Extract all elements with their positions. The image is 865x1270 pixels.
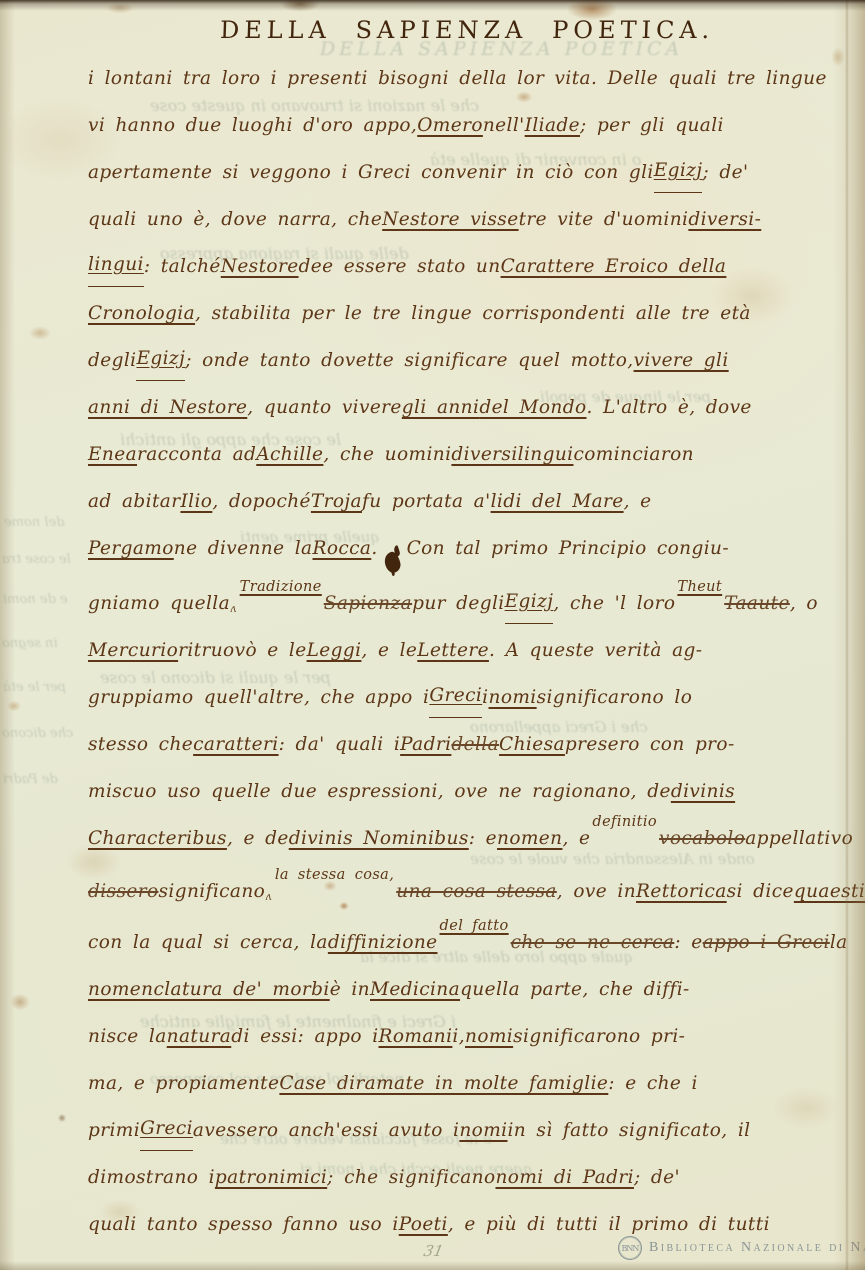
text-segment: Lettere [417, 631, 489, 671]
text-segment: Greci [429, 676, 482, 718]
manuscript-line-13: Mercurio ritruovò e le Leggi, e le Lette… [88, 624, 851, 671]
text-segment: appo i Greci [703, 923, 830, 963]
text-segment: ; che significano [327, 1158, 495, 1198]
text-segment: Egizj [505, 582, 554, 624]
text-segment: nomi [459, 1111, 507, 1151]
text-segment: pur degli [412, 584, 505, 624]
text-segment: ʌ [230, 589, 237, 629]
manuscript-line-7: degli Egizj; onde tanto dovette signific… [88, 334, 851, 381]
text-segment: Case diramate in molte famiglie [279, 1064, 608, 1104]
text-segment: Egizj [136, 339, 185, 381]
text-segment: Egizj [654, 151, 703, 193]
text-segment: vi hanno due luoghi d'oro appo, [88, 106, 417, 146]
text-segment: quaestio nominis [794, 872, 865, 912]
text-segment: quali uno è, dove narra, che [88, 200, 382, 240]
text-segment: , quanto vivere [247, 388, 401, 428]
text-segment: primi [88, 1111, 140, 1151]
text-segment: : e [469, 819, 497, 859]
text-segment: vocabolo [659, 819, 745, 859]
text-segment: Con tal primo Principio congiu- [407, 529, 729, 569]
text-segment: miscuo uso quelle due espressioni, ove n… [88, 772, 671, 812]
text-segment: la [830, 923, 848, 963]
text-segment: nisce la [88, 1017, 167, 1057]
manuscript-line-8: anni di Nestore, quanto vivere gli anni … [88, 381, 851, 428]
text-segment: Padri [400, 725, 451, 765]
text-segment: Troja [311, 482, 362, 522]
manuscript-line-9: Enea racconta ad Achille, che uomini div… [88, 428, 851, 475]
text-segment: . [371, 529, 377, 569]
text-segment: lingui [88, 245, 144, 287]
text-segment: gniamo quella [88, 584, 230, 624]
text-segment: gruppiamo quell'altre, che appo i [88, 678, 429, 718]
manuscript-line-19: con la qual si cerca, la diffinizione de… [88, 916, 851, 963]
ink-blot [382, 550, 402, 574]
text-segment: lidi del Mare [491, 482, 624, 522]
text-segment: Tradizione [240, 567, 322, 607]
text-segment: gli anni [402, 388, 480, 428]
text-segment: vivere gli [634, 341, 729, 381]
text-segment: nomi [489, 678, 537, 718]
manuscript-line-14: gruppiamo quell'altre, che appo i Greci … [88, 671, 851, 718]
text-segment: Chiesa [499, 725, 565, 765]
text-segment: ritruovò e le [178, 631, 306, 671]
text-segment: , o [790, 584, 818, 624]
folio-number: 31 [422, 1242, 445, 1260]
text-segment: Cronologia [88, 294, 195, 334]
text-segment: si dice [727, 872, 794, 912]
text-segment: Rocca [312, 529, 371, 569]
manuscript-line-16: miscuo uso quelle due espressioni, ove n… [88, 765, 851, 812]
text-segment: la stessa cosa, [275, 855, 394, 895]
manuscript-body: i lontani tra loro i presenti bisogni de… [0, 52, 865, 1245]
library-stamp: BNN Biblioteca Nazionale di Napoli [618, 1236, 865, 1260]
manuscript-line-11: Pergamo ne divenne la Rocca. Con tal pri… [88, 522, 851, 569]
text-segment: Iliade [525, 106, 580, 146]
text-segment: significarono lo [537, 678, 693, 718]
text-segment: Achille [256, 435, 323, 475]
text-segment: ; per gli quali [580, 106, 724, 146]
text-segment: di essi: appo i [231, 1017, 378, 1057]
text-segment: Poeti [399, 1205, 448, 1245]
title-row: DELLA SAPIENZA POETICA. [0, 0, 865, 44]
text-segment: significano [158, 872, 265, 912]
manuscript-line-18: dissero significanoʌla stessa cosa, una … [88, 865, 851, 912]
text-segment: Nestore [221, 247, 299, 287]
text-segment: cominciaron [573, 435, 693, 475]
text-segment: tre vite d'uomini [519, 200, 689, 240]
text-segment: nomi di Padri [495, 1158, 633, 1198]
text-segment: i lontani tra loro i presenti bisogni de… [88, 59, 827, 99]
manuscript-line-10: ad abitar Ilio, dopoché Troja fu portata… [88, 475, 851, 522]
text-segment: nomi [465, 1017, 513, 1057]
text-segment: ʌ [265, 877, 272, 917]
text-segment: Greci [140, 1109, 193, 1151]
text-segment: presero con pro- [565, 725, 735, 765]
manuscript-line-20: nomenclatura de' morbi è in Medicina que… [88, 963, 851, 1010]
text-segment: i, [452, 1017, 465, 1057]
text-segment: , e [562, 819, 590, 859]
text-segment: natura [167, 1017, 232, 1057]
manuscript-line-1: i lontani tra loro i presenti bisogni de… [88, 52, 851, 99]
text-segment: Characteribus [88, 819, 227, 859]
text-segment: Mercurio [88, 631, 178, 671]
text-segment: ; de' [702, 153, 748, 193]
text-segment: Leggi [307, 631, 362, 671]
text-segment: stesso che [88, 725, 193, 765]
text-segment: Sapienza [324, 584, 412, 624]
text-segment: in sì fatto significato, il [507, 1111, 750, 1151]
text-segment: della [451, 725, 499, 765]
text-segment: Medicina [370, 970, 460, 1010]
text-segment: quali tanto spesso fanno uso i [88, 1205, 399, 1245]
text-segment: nomenclatura de' morbi [88, 970, 330, 1010]
text-segment: apertamente si veggono i Greci convenir … [88, 153, 654, 193]
text-segment: con la qual si cerca, la [88, 923, 328, 963]
text-segment: ; onde tanto dovette significare quel mo… [185, 341, 633, 381]
text-segment: dissero [88, 872, 158, 912]
stamp-label: Biblioteca Nazionale di Napoli [649, 1240, 865, 1256]
text-segment: ma, e propiamente [88, 1064, 279, 1104]
page-edge-bottom [0, 1261, 865, 1270]
manuscript-line-5: lingui: talché Nestore dee essere stato … [88, 240, 851, 287]
stamp-monogram: BNN [622, 1244, 639, 1253]
text-segment: quella parte, che diffi- [460, 970, 690, 1010]
text-segment: divinis [671, 772, 735, 812]
page-title: DELLA SAPIENZA POETICA. [220, 16, 715, 44]
text-segment: significarono pri- [513, 1017, 685, 1057]
manuscript-line-15: stesso che caratteri: da' quali i Padri … [88, 718, 851, 765]
manuscript-page: DELLA SAPIENZA POETICAche le nazioni si … [0, 0, 865, 1270]
text-segment: Nestore visse [382, 200, 518, 240]
manuscript-line-17: Characteribus, e de divinis Nominibus: e… [88, 812, 851, 859]
text-segment: ; de' [634, 1158, 680, 1198]
text-segment: Carattere Eroico della [501, 247, 727, 287]
text-segment: , e de [227, 819, 289, 859]
text-segment: Pergamo [88, 529, 174, 569]
text-segment: Ilio [180, 482, 212, 522]
text-segment: racconta ad [137, 435, 256, 475]
manuscript-line-4: quali uno è, dove narra, che Nestore vis… [88, 193, 851, 240]
text-segment: Enea [88, 435, 137, 475]
text-segment: Rettorica [636, 872, 727, 912]
text-segment: : talché [144, 247, 221, 287]
text-segment: , e le [361, 631, 417, 671]
text-segment: appellativo [745, 819, 853, 859]
manuscript-line-22: ma, e propiamente Case diramate in molte… [88, 1057, 851, 1104]
text-segment: Romani [379, 1017, 453, 1057]
text-segment: diffinizione [328, 923, 438, 963]
manuscript-line-12: gniamo quella ʌTradizioneSapienza pur de… [88, 577, 851, 624]
manuscript-line-2: vi hanno due luoghi d'oro appo, Omero ne… [88, 99, 851, 146]
manuscript-line-24: dimostrano i patronimici; che significan… [88, 1151, 851, 1198]
text-segment: definitio [592, 802, 657, 842]
text-segment: . L'altro è, dove [587, 388, 752, 428]
text-segment: avessero anch'essi avuto i [193, 1111, 459, 1151]
text-segment: : da' quali i [279, 725, 401, 765]
text-segment: : e che i [608, 1064, 698, 1104]
text-segment: , ove in [557, 872, 636, 912]
text-segment: Omero [417, 106, 483, 146]
manuscript-line-21: nisce la natura di essi: appo i Romani i… [88, 1010, 851, 1057]
text-segment: , dopoché [212, 482, 311, 522]
text-segment: dimostrano i [88, 1158, 215, 1198]
text-segment: che se ne cerca [511, 923, 675, 963]
text-segment: diversi- [688, 200, 761, 240]
text-segment: : e [674, 923, 702, 963]
text-segment: nell' [483, 106, 525, 146]
text-segment: fu portata a' [362, 482, 491, 522]
text-segment: del Mondo [479, 388, 586, 428]
text-segment: Theut [677, 567, 722, 607]
text-segment: divinis Nominibus [289, 819, 469, 859]
text-segment: diversilingui [451, 435, 573, 475]
text-segment: è in [330, 970, 370, 1010]
text-segment: , che uomini [323, 435, 451, 475]
manuscript-line-3: apertamente si veggono i Greci convenir … [88, 146, 851, 193]
text-segment: nomen [497, 819, 562, 859]
text-segment: caratteri [193, 725, 278, 765]
stamp-seal-icon: BNN [618, 1236, 642, 1260]
text-segment: patronimici [215, 1158, 327, 1198]
text-segment: anni di Nestore [88, 388, 247, 428]
text-segment: , che 'l loro [553, 584, 675, 624]
text-segment: dee essere stato un [299, 247, 501, 287]
manuscript-line-6: Cronologia, stabilita per le tre lingue … [88, 287, 851, 334]
text-segment: , e [624, 482, 652, 522]
text-segment: ad abitar [88, 482, 180, 522]
text-segment: . A queste verità ag- [489, 631, 703, 671]
text-segment: del fatto [440, 906, 509, 946]
text-segment: degli [88, 341, 136, 381]
text-segment: ne divenne la [174, 529, 313, 569]
text-segment: , stabilita per le tre lingue corrispond… [195, 294, 751, 334]
manuscript-line-23: primi Greci avessero anch'essi avuto i n… [88, 1104, 851, 1151]
text-segment: Taaute [724, 584, 790, 624]
